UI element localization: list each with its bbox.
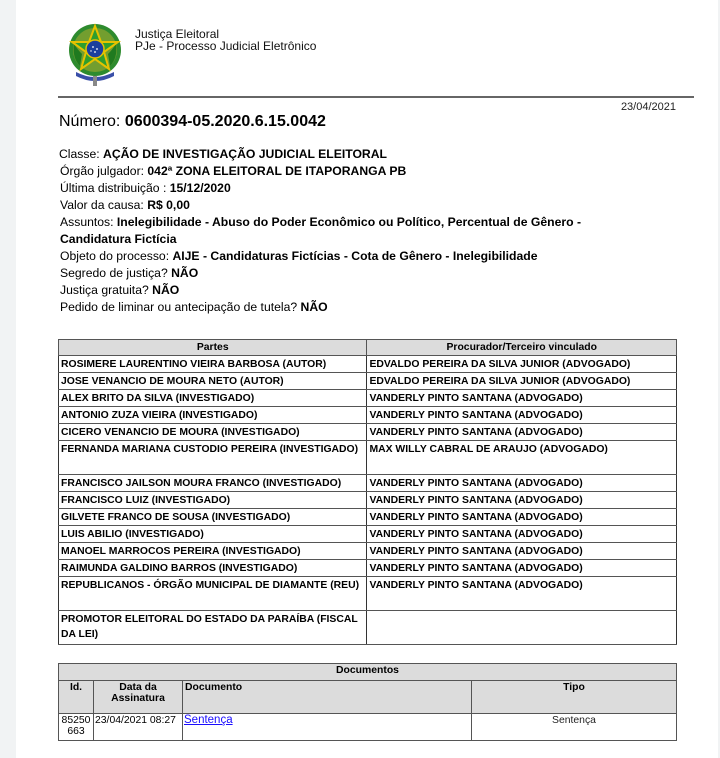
brazil-coat-of-arms-icon (62, 20, 128, 88)
objeto-label: Objeto do processo: (60, 249, 169, 263)
info-valor: Valor da causa: R$ 0,00 (59, 197, 699, 214)
document-page: Justiça Eleitoral PJe - Processo Judicia… (16, 0, 718, 758)
document-type-cell: Sentença (472, 714, 677, 741)
info-segredo: Segredo de justiça? NÃO (59, 265, 699, 282)
segredo-value: NÃO (171, 266, 198, 280)
classe-value: AÇÃO DE INVESTIGAÇÃO JUDICIAL ELEITORAL (103, 147, 387, 161)
procurador-cell: VANDERLY PINTO SANTANA (ADVOGADO) (367, 407, 677, 424)
partes-header: Partes (59, 340, 367, 356)
documentos-table: Documentos Id. Data da Assinatura Docume… (58, 663, 677, 741)
distribuicao-value: 15/12/2020 (170, 181, 231, 195)
parte-cell: REPUBLICANOS - ÓRGÃO MUNICIPAL DE DIAMAN… (59, 577, 367, 611)
system-name: PJe - Processo Judicial Eletrônico (135, 40, 316, 52)
info-gratuita: Justiça gratuita? NÃO (59, 282, 699, 299)
document-header: Justiça Eleitoral PJe - Processo Judicia… (62, 20, 692, 98)
data-header: Data da Assinatura (94, 681, 183, 714)
assuntos-value: Inelegibilidade - Abuso do Poder Econômi… (60, 215, 581, 246)
table-row: JOSE VENANCIO DE MOURA NETO (AUTOR)EDVAL… (59, 373, 677, 390)
print-date: 23/04/2021 (621, 101, 676, 113)
document-link[interactable]: Sentença (184, 714, 233, 726)
procurador-cell: VANDERLY PINTO SANTANA (ADVOGADO) (367, 577, 677, 611)
procurador-cell: VANDERLY PINTO SANTANA (ADVOGADO) (367, 475, 677, 492)
table-row: FRANCISCO LUIZ (INVESTIGADO)VANDERLY PIN… (59, 492, 677, 509)
table-row: MANOEL MARROCOS PEREIRA (INVESTIGADO)VAN… (59, 543, 677, 560)
parte-cell: PROMOTOR ELEITORAL DO ESTADO DA PARAÍBA … (59, 611, 367, 645)
table-row: FRANCISCO JAILSON MOURA FRANCO (INVESTIG… (59, 475, 677, 492)
liminar-label: Pedido de liminar ou antecipação de tute… (60, 300, 297, 314)
table-row: 8525066323/04/2021 08:27SentençaSentença (59, 714, 677, 741)
liminar-value: NÃO (301, 300, 328, 314)
table-row: CICERO VENANCIO DE MOURA (INVESTIGADO)VA… (59, 424, 677, 441)
valor-label: Valor da causa: (60, 198, 144, 212)
gratuita-label: Justiça gratuita? (60, 283, 149, 297)
parte-cell: ALEX BRITO DA SILVA (INVESTIGADO) (59, 390, 367, 407)
table-row: ROSIMERE LAURENTINO VIEIRA BARBOSA (AUTO… (59, 356, 677, 373)
table-row: RAIMUNDA GALDINO BARROS (INVESTIGADO)VAN… (59, 560, 677, 577)
parte-cell: LUIS ABILIO (INVESTIGADO) (59, 526, 367, 543)
objeto-value: AIJE - Candidaturas Fictícias - Cota de … (172, 249, 537, 263)
parte-cell: GILVETE FRANCO DE SOUSA (INVESTIGADO) (59, 509, 367, 526)
orgao-label: Órgão julgador: (60, 164, 144, 178)
procurador-cell (367, 611, 677, 645)
documento-header: Documento (183, 681, 472, 714)
parte-cell: ROSIMERE LAURENTINO VIEIRA BARBOSA (AUTO… (59, 356, 367, 373)
procurador-cell: MAX WILLY CABRAL DE ARAUJO (ADVOGADO) (367, 441, 677, 475)
table-row: ALEX BRITO DA SILVA (INVESTIGADO)VANDERL… (59, 390, 677, 407)
procurador-cell: VANDERLY PINTO SANTANA (ADVOGADO) (367, 390, 677, 407)
table-row: PROMOTOR ELEITORAL DO ESTADO DA PARAÍBA … (59, 611, 677, 645)
orgao-value: 042ª ZONA ELEITORAL DE ITAPORANGA PB (147, 164, 406, 178)
process-number-value: 0600394-05.2020.6.15.0042 (125, 113, 326, 130)
info-assuntos: Assuntos: Inelegibilidade - Abuso do Pod… (59, 214, 640, 248)
table-row: LUIS ABILIO (INVESTIGADO)VANDERLY PINTO … (59, 526, 677, 543)
classe-label: Classe: (59, 147, 100, 161)
table-row: REPUBLICANOS - ÓRGÃO MUNICIPAL DE DIAMAN… (59, 577, 677, 611)
procurador-cell: VANDERLY PINTO SANTANA (ADVOGADO) (367, 509, 677, 526)
document-cell: Sentença (183, 714, 472, 741)
document-date-cell: 23/04/2021 08:27 (94, 714, 183, 741)
info-objeto: Objeto do processo: AIJE - Candidaturas … (59, 248, 699, 265)
parte-cell: MANOEL MARROCOS PEREIRA (INVESTIGADO) (59, 543, 367, 560)
parte-cell: ANTONIO ZUZA VIEIRA (INVESTIGADO) (59, 407, 367, 424)
header-text: Justiça Eleitoral PJe - Processo Judicia… (135, 28, 316, 52)
info-distribuicao: Última distribuição : 15/12/2020 (59, 180, 699, 197)
parte-cell: FERNANDA MARIANA CUSTODIO PEREIRA (INVES… (59, 441, 367, 475)
assuntos-label: Assuntos: (60, 215, 114, 229)
procurador-cell: VANDERLY PINTO SANTANA (ADVOGADO) (367, 492, 677, 509)
segredo-label: Segredo de justiça? (60, 266, 168, 280)
parte-cell: RAIMUNDA GALDINO BARROS (INVESTIGADO) (59, 560, 367, 577)
process-info: Classe: AÇÃO DE INVESTIGAÇÃO JUDICIAL EL… (59, 146, 699, 316)
distribuicao-label: Última distribuição : (60, 181, 166, 195)
table-row: FERNANDA MARIANA CUSTODIO PEREIRA (INVES… (59, 441, 677, 475)
parte-cell: FRANCISCO JAILSON MOURA FRANCO (INVESTIG… (59, 475, 367, 492)
process-number-label: Número: (59, 113, 120, 130)
procurador-header: Procurador/Terceiro vinculado (367, 340, 677, 356)
procurador-cell: VANDERLY PINTO SANTANA (ADVOGADO) (367, 526, 677, 543)
id-header: Id. (59, 681, 94, 714)
process-number: Número: 0600394-05.2020.6.15.0042 (59, 113, 326, 131)
procurador-cell: EDVALDO PEREIRA DA SILVA JUNIOR (ADVOGAD… (367, 373, 677, 390)
gratuita-value: NÃO (152, 283, 179, 297)
procurador-cell: VANDERLY PINTO SANTANA (ADVOGADO) (367, 560, 677, 577)
procurador-cell: VANDERLY PINTO SANTANA (ADVOGADO) (367, 424, 677, 441)
table-row: GILVETE FRANCO DE SOUSA (INVESTIGADO)VAN… (59, 509, 677, 526)
parte-cell: CICERO VENANCIO DE MOURA (INVESTIGADO) (59, 424, 367, 441)
procurador-cell: EDVALDO PEREIRA DA SILVA JUNIOR (ADVOGAD… (367, 356, 677, 373)
documentos-title: Documentos (59, 664, 677, 681)
info-liminar: Pedido de liminar ou antecipação de tute… (59, 299, 699, 316)
header-divider (58, 96, 694, 98)
info-classe: Classe: AÇÃO DE INVESTIGAÇÃO JUDICIAL EL… (59, 146, 699, 163)
tipo-header: Tipo (472, 681, 677, 714)
parte-cell: FRANCISCO LUIZ (INVESTIGADO) (59, 492, 367, 509)
valor-value: R$ 0,00 (147, 198, 190, 212)
info-orgao: Órgão julgador: 042ª ZONA ELEITORAL DE I… (59, 163, 699, 180)
table-row: ANTONIO ZUZA VIEIRA (INVESTIGADO)VANDERL… (59, 407, 677, 424)
procurador-cell: VANDERLY PINTO SANTANA (ADVOGADO) (367, 543, 677, 560)
document-id-cell: 85250663 (59, 714, 94, 741)
parte-cell: JOSE VENANCIO DE MOURA NETO (AUTOR) (59, 373, 367, 390)
partes-table: Partes Procurador/Terceiro vinculado ROS… (58, 339, 677, 645)
